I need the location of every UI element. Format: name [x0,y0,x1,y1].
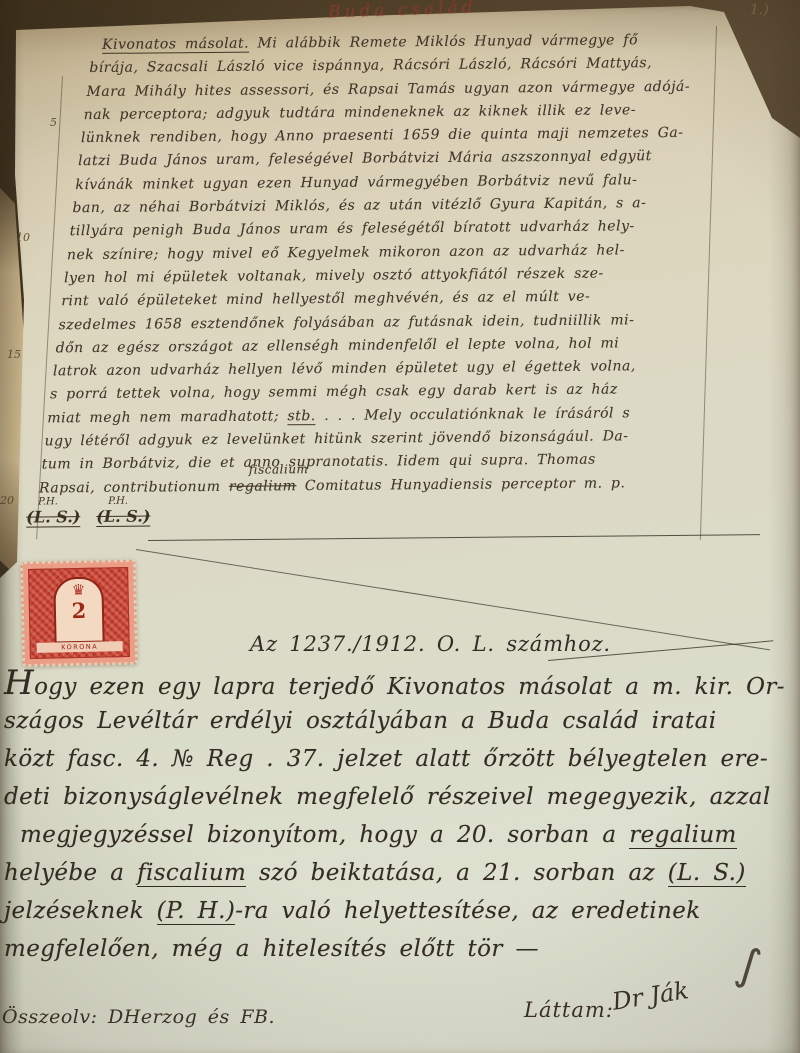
revenue-stamp: ♛ 2 KORONA [21,560,137,666]
certification-line: szágos Levéltár erdélyi osztályában a Bu… [4,702,800,740]
stamp-currency-label: KORONA [37,641,123,653]
seal-overwrite-label: P.H. [38,496,58,507]
inserted-word: fiscalium [249,463,309,477]
certification-line: Hogy ezen egy lapra terjedő Kivonatos má… [4,664,800,702]
seen-label: Láttam: [524,998,614,1022]
line-number-5: 5 [50,116,57,129]
struck-word: regalium [229,478,297,495]
certification-heading: Az 1237./1912. O. L. számhoz. [250,632,611,656]
document-photograph: 1.) Buda család 5 10 15 20 Kivonatos más… [0,0,800,1053]
certification-line: megjegyzéssel bizonyítom, hogy a 20. sor… [4,816,800,854]
certification-line: deti bizonyságlevélnek megfelelő részeiv… [4,778,800,816]
handwritten-line-with-correction: fiscalium Rapsai, contributionum regaliu… [39,471,728,500]
line-text: jelzéseknek [4,898,157,924]
line-text: Mi alábbik Remete Miklós Hunyad vármegye… [249,32,638,51]
collation-note: Összeolv: DHerzog és FB. [2,1006,275,1028]
underlined-regalium: regalium [629,822,737,849]
underlined-ls: (L. S.) [668,860,746,887]
stamp-ornate-frame: ♛ 2 KORONA [28,567,130,659]
line-text: miat megh nem maradhatott; [47,408,287,426]
line-number-20: 20 [0,494,14,507]
seal-ls-label: (L. S.) [96,506,150,526]
certification-line: megfelelően, még a hitelesítés előtt tör… [4,930,800,968]
certification-line: közt fasc. 4. № Reg . 37. jelzet alatt ő… [4,740,800,778]
certification-text-block: Hogy ezen egy lapra terjedő Kivonatos má… [4,664,800,968]
seal-overwrite-label: P.H. [108,496,128,507]
certification-line: jelzéseknek (P. H.)-ra való helyettesíté… [4,892,800,930]
underlined-ph: (P. H.) [157,898,236,925]
line-number-10: 10 [16,231,30,244]
underlined-opening: Kivonatos másolat. [102,36,249,54]
line-text: Rapsai, contributionum [39,478,229,496]
line-text: -ra való helyettesítése, az eredetinek [235,898,700,924]
stamp-value: 2 [56,599,102,624]
line-text: megjegyzéssel bizonyítom, hogy a 20. sor… [20,822,629,848]
extract-text-block: Kivonatos másolat. Mi alábbik Remete Mik… [92,28,728,525]
underlined-fiscalium: fiscalium [137,860,246,887]
line-number-15: 15 [7,348,21,361]
line-text: helyébe a [4,860,137,886]
line-text: Comitatus Hunyadiensis perceptor m. p. [296,475,625,494]
page-corner-number: 1.) [750,2,769,18]
certification-line: helyébe a fiscalium szó beiktatása, a 21… [4,854,800,892]
line-text: . . . Mely occulatiónknak le írásáról s [316,405,631,424]
stamp-arch-panel: ♛ 2 [53,576,104,643]
seal-mark-left: P.H. (L. S.) [26,507,80,526]
seal-ls-label: (L. S.) [26,507,80,527]
seal-mark-right: P.H. (L. S.) [96,506,150,525]
underlined-etc: stb. [287,408,315,425]
line-text: szó beiktatása, a 21. sorban az [246,860,668,886]
crown-icon: ♛ [55,582,101,600]
